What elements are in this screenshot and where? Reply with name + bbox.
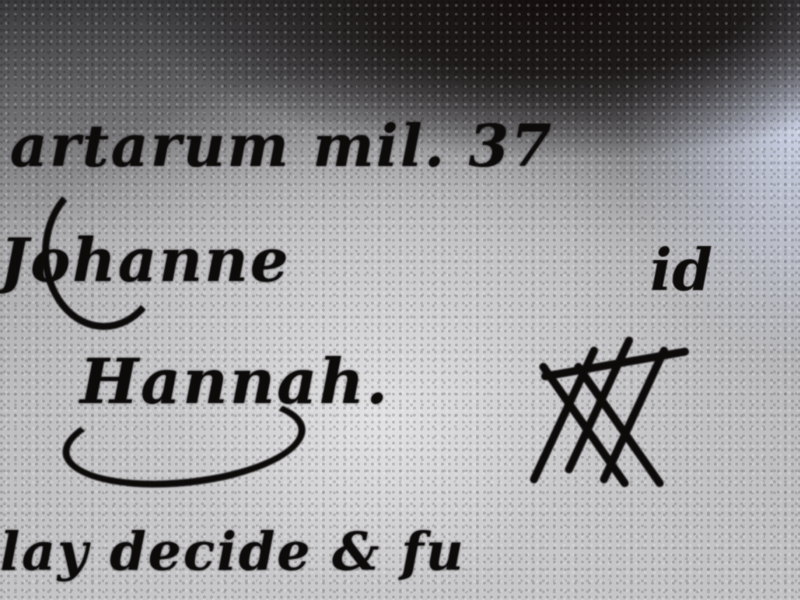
manuscript-line-3: Hannah. xyxy=(80,345,390,418)
manuscript-line-4: lay decide & fu xyxy=(0,522,465,583)
manuscript-line-1: artarum mil. 37 xyxy=(10,112,553,180)
margin-note: id xyxy=(650,236,713,304)
manuscript-line-2: Johanne xyxy=(0,226,290,296)
signature-mark-icon xyxy=(520,330,700,510)
